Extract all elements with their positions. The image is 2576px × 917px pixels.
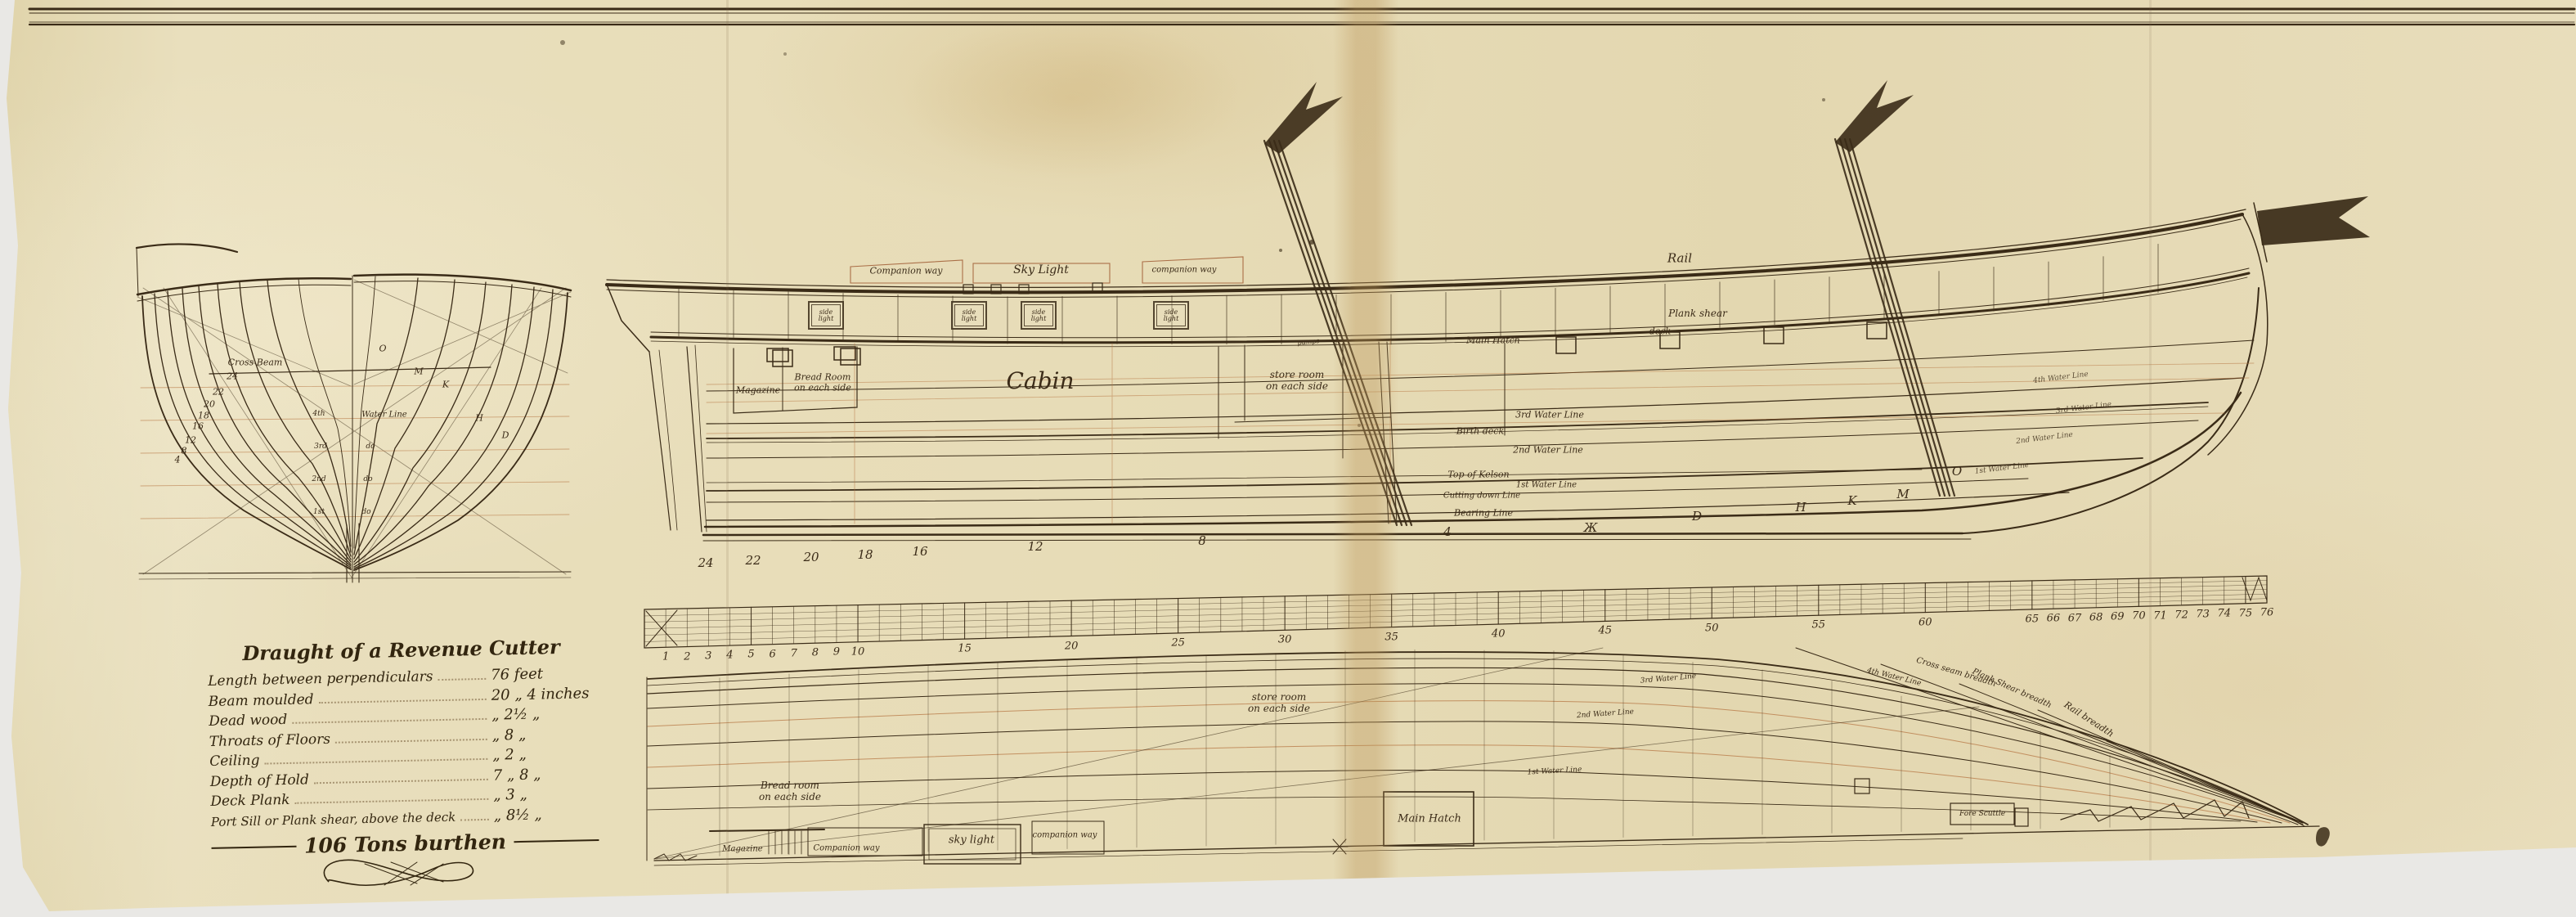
body-station-aft: 4 <box>175 455 181 465</box>
spec-label: Throats of Floors <box>209 730 331 749</box>
dotted-leader <box>314 778 488 783</box>
rule-right <box>514 839 599 843</box>
ruler-number: 71 <box>2153 609 2167 622</box>
side-light-label: side light <box>1156 304 1186 326</box>
station-label: 24 <box>698 555 713 570</box>
ruler-number: 20 <box>1065 640 1079 652</box>
mainmast <box>1264 141 1411 525</box>
station-label: K <box>1847 493 1856 508</box>
side-light-label: side light <box>811 304 841 326</box>
spec-value: 76 feet <box>491 664 595 684</box>
spec-value: 7 „ 8 „ <box>493 765 598 784</box>
dotted-leader <box>438 678 487 681</box>
ruler-number: 30 <box>1278 634 1292 646</box>
station-label: 4 <box>1443 524 1452 539</box>
station-label: H <box>1795 500 1806 515</box>
station-label: 22 <box>745 553 761 568</box>
ruler-number: 70 <box>2132 610 2146 623</box>
body-station-aft: 18 <box>198 411 209 421</box>
spec-value: „ 8 „ <box>492 725 597 744</box>
mainmast-pennant <box>1264 82 1343 154</box>
spec-label: Deck Plank <box>210 792 290 810</box>
dotted-leader <box>265 758 488 765</box>
ruler-number: 25 <box>1171 636 1185 649</box>
ruler-number: 3 <box>705 650 711 662</box>
half-breadth-plan <box>647 648 2319 865</box>
ruler-number: 40 <box>1492 628 1506 641</box>
spec-label: Length between perpendiculars <box>208 668 433 690</box>
ink-specks <box>560 40 2330 847</box>
body-station-fore: H <box>475 413 483 424</box>
ruler-number: 72 <box>2174 609 2188 621</box>
ruler-number: 45 <box>1598 625 1612 637</box>
body-station-aft: 16 <box>192 421 204 432</box>
ruler-number: 69 <box>2111 611 2125 623</box>
ruler-number: 1 <box>662 651 669 663</box>
spec-label: Dead wood <box>209 712 287 730</box>
station-label: 20 <box>803 550 819 564</box>
foremast-pennant <box>1835 80 1914 152</box>
ruler-number: 35 <box>1384 631 1398 643</box>
spec-value: „ 3 „ <box>493 784 598 804</box>
side-light-label: side light <box>954 304 984 326</box>
spec-label: Beam moulded <box>209 691 314 710</box>
spec-value: „ 8½ „ <box>494 805 599 825</box>
dotted-leader <box>319 698 487 703</box>
sheer-plan <box>607 80 2370 541</box>
ruler-number: 76 <box>2260 607 2274 619</box>
generated-linework <box>644 244 2267 856</box>
spec-value: 20 „ 4 inches <box>491 685 595 704</box>
dotted-leader <box>292 718 487 724</box>
body-station-fore: M <box>414 366 423 377</box>
tonnage-text: 106 Tons burthen <box>296 829 514 858</box>
ruler-number: 75 <box>2239 607 2253 619</box>
bow-flag <box>2257 196 2370 245</box>
ruler-number: 2 <box>684 650 690 663</box>
station-label: D <box>1692 509 1702 524</box>
side-light-box: side light <box>1153 301 1189 330</box>
station-label: 12 <box>1027 539 1043 554</box>
scanned-sheet: Companion way Sky Light companion way Ca… <box>0 0 2576 917</box>
ruler-number: 50 <box>1705 622 1719 634</box>
ruler-number: 55 <box>1812 619 1826 632</box>
spec-label: Depth of Hold <box>210 771 309 790</box>
ruler-number: 73 <box>2196 609 2210 621</box>
body-station-fore: O <box>379 344 386 354</box>
dotted-leader <box>460 818 489 820</box>
spec-value: „ 2 „ <box>492 744 597 764</box>
body-station-fore: D <box>502 430 509 441</box>
side-light-box: side light <box>1021 301 1057 330</box>
body-station-aft: 24 <box>227 371 238 382</box>
ruler-number: 7 <box>791 647 797 659</box>
body-station-aft: 12 <box>185 435 196 446</box>
rule-left <box>212 845 297 848</box>
ruler-number: 15 <box>958 643 972 655</box>
body-station-aft: 20 <box>204 399 215 410</box>
ruler-number: 6 <box>769 648 775 660</box>
ruler-number: 67 <box>2068 612 2082 624</box>
spec-label: Port Sill or Plank shear, above the deck <box>211 809 456 829</box>
side-light-label: side light <box>1024 304 1053 326</box>
ruler-number: 68 <box>2089 611 2103 623</box>
title-block: Draught of a Revenue Cutter Length betwe… <box>207 634 599 860</box>
ruler-number: 65 <box>2026 613 2040 625</box>
station-label: 18 <box>857 547 873 562</box>
station-label: O <box>1952 464 1962 479</box>
body-station-fore: K <box>442 380 449 390</box>
ruler-number: 74 <box>2218 608 2232 620</box>
dotted-leader <box>335 738 487 743</box>
side-light-box: side light <box>808 301 844 330</box>
spec-label: Ceiling <box>209 753 260 770</box>
body-station-aft: 22 <box>213 387 224 398</box>
station-label: Ж <box>1584 520 1598 535</box>
body-station-aft: 8 <box>182 446 187 456</box>
station-label: M <box>1896 487 1909 501</box>
ruler-number: 8 <box>812 647 819 659</box>
ruler-number: 5 <box>747 649 754 661</box>
station-label: 16 <box>912 544 927 559</box>
ruler-number: 60 <box>1919 616 1932 628</box>
side-light-box: side light <box>951 301 987 330</box>
spec-value: „ 2½ „ <box>491 704 596 724</box>
ruler-number: 4 <box>726 650 733 662</box>
paper: Companion way Sky Light companion way Ca… <box>0 0 2576 917</box>
station-label: 8 <box>1198 533 1206 548</box>
top-border-rules <box>29 9 2574 25</box>
ruler-number: 9 <box>833 646 840 659</box>
dotted-leader <box>295 798 489 804</box>
ruler-number: 10 <box>851 645 865 658</box>
ruler-number: 66 <box>2047 613 2061 625</box>
calligraphic-flourish <box>324 860 473 885</box>
